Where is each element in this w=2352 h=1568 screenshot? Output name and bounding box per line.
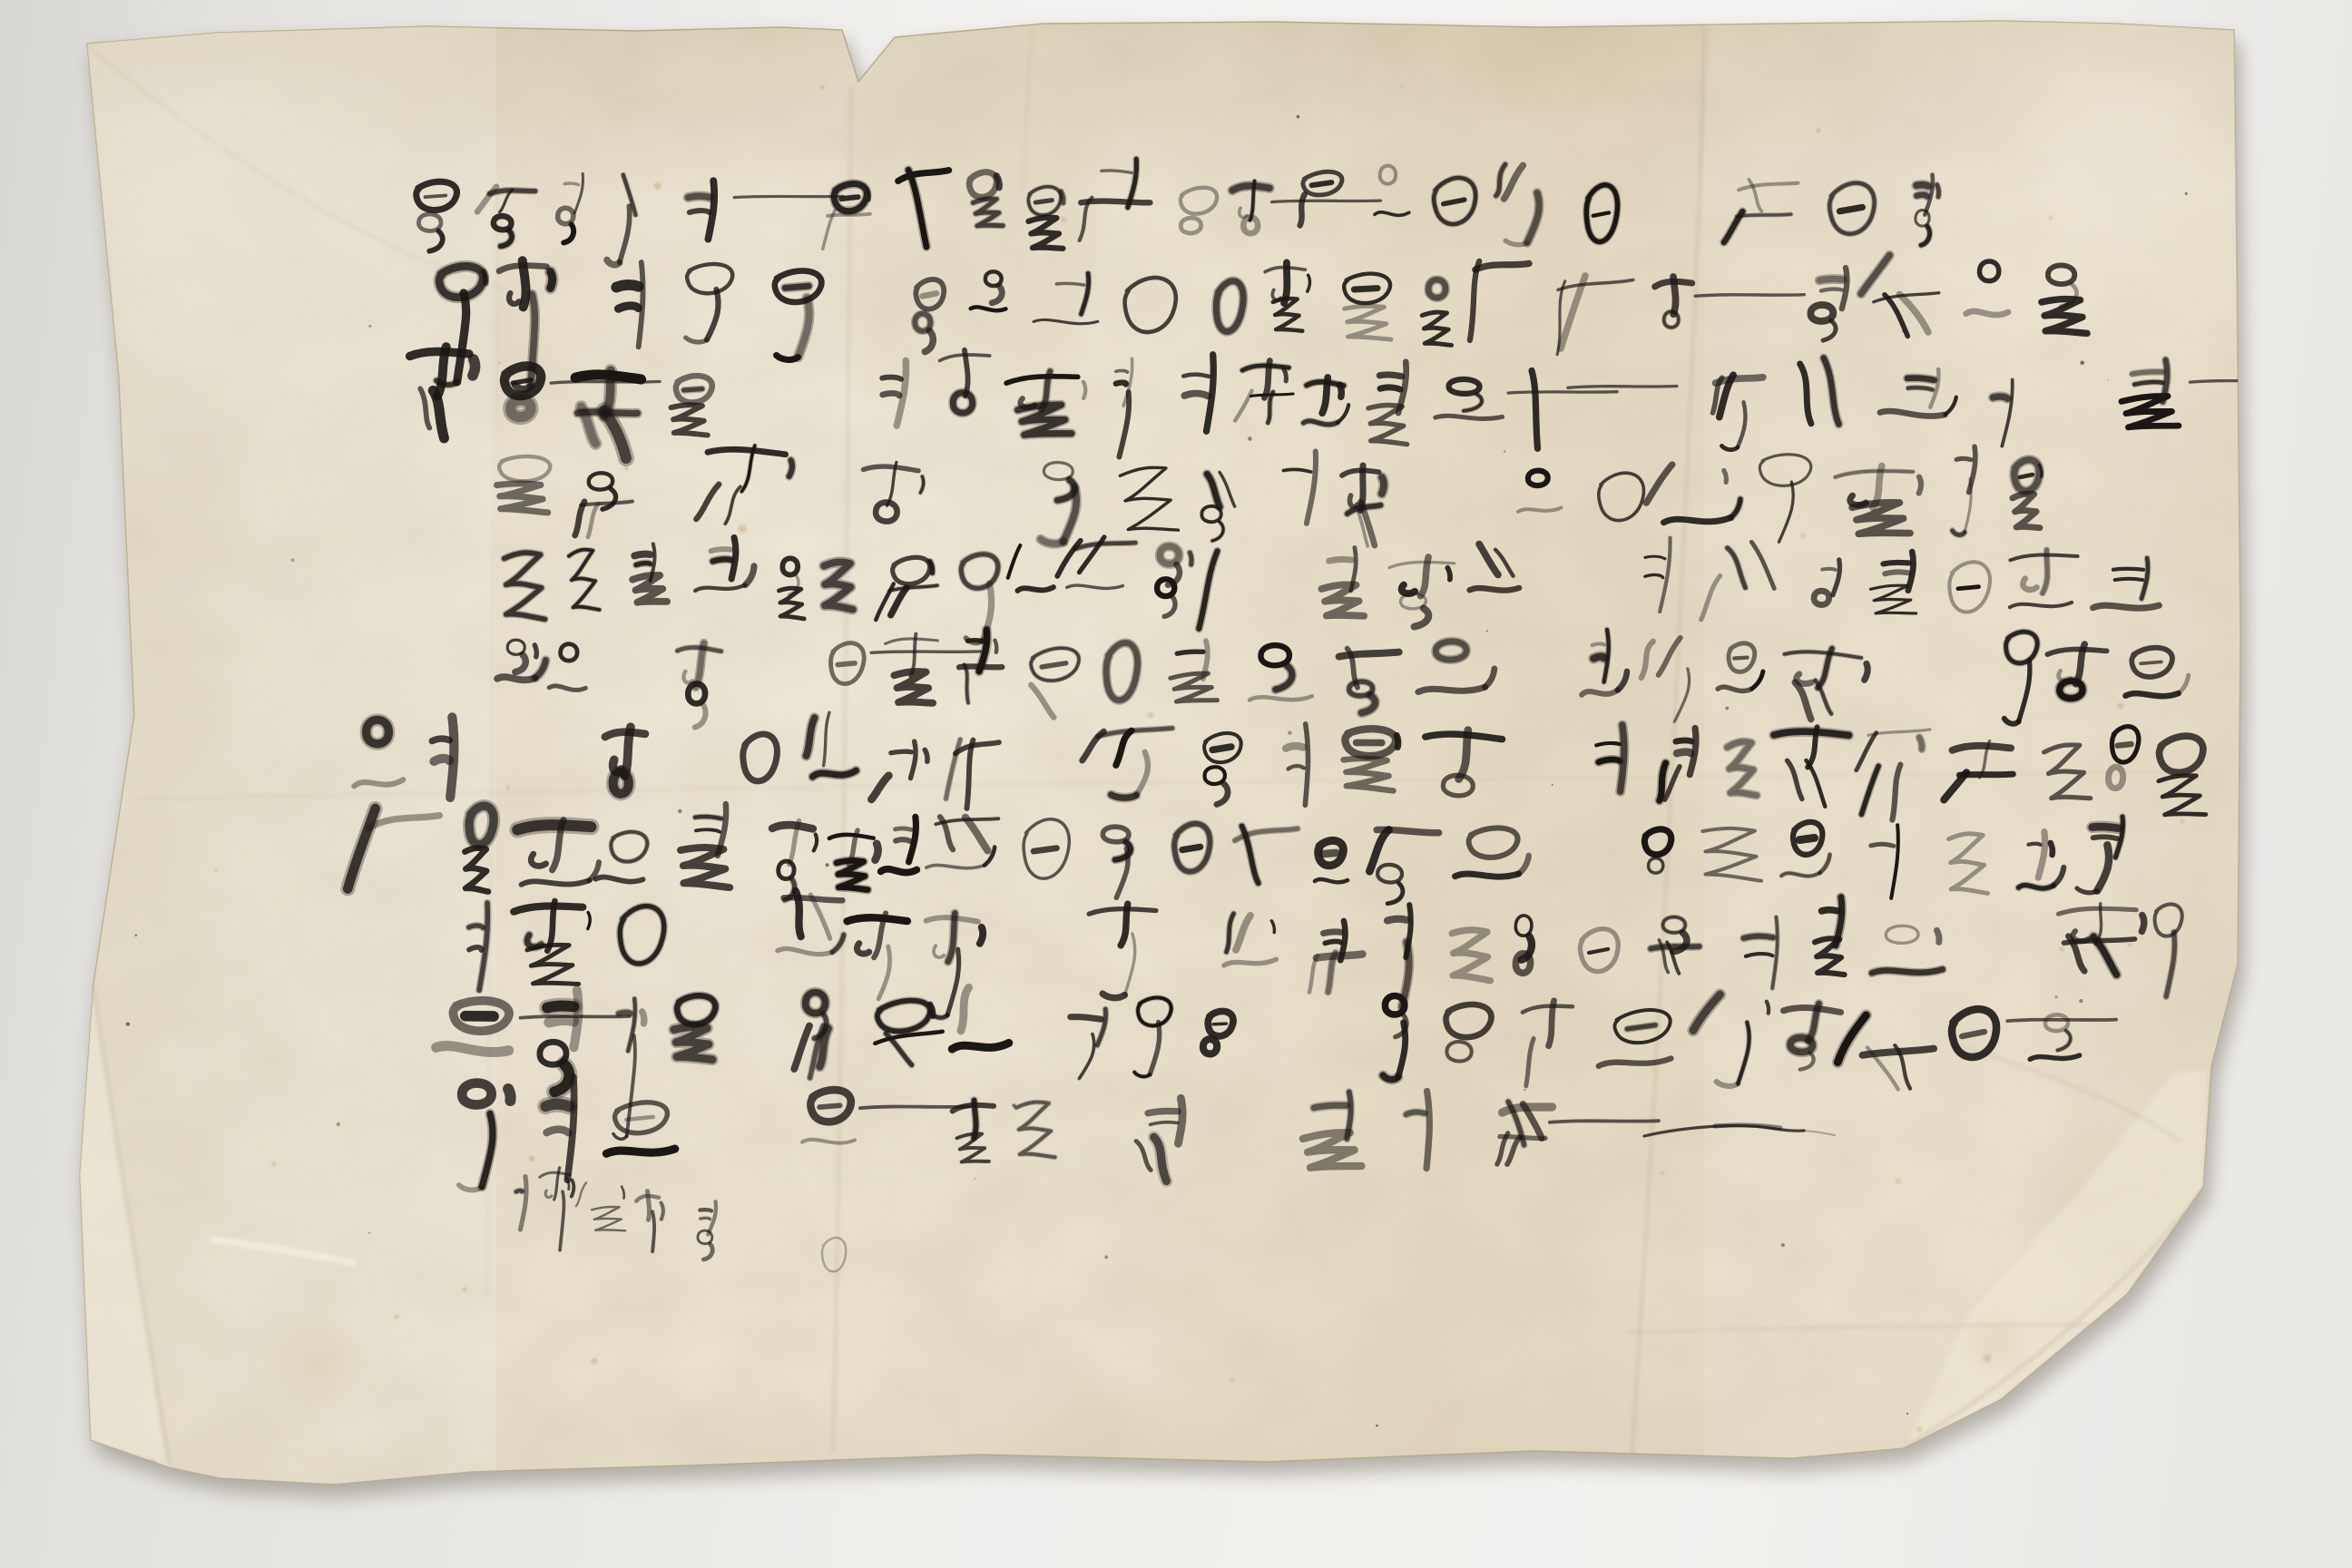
letter-photo-canvas	[0, 0, 2352, 1568]
photograph-of-handwritten-letter	[0, 0, 2352, 1568]
